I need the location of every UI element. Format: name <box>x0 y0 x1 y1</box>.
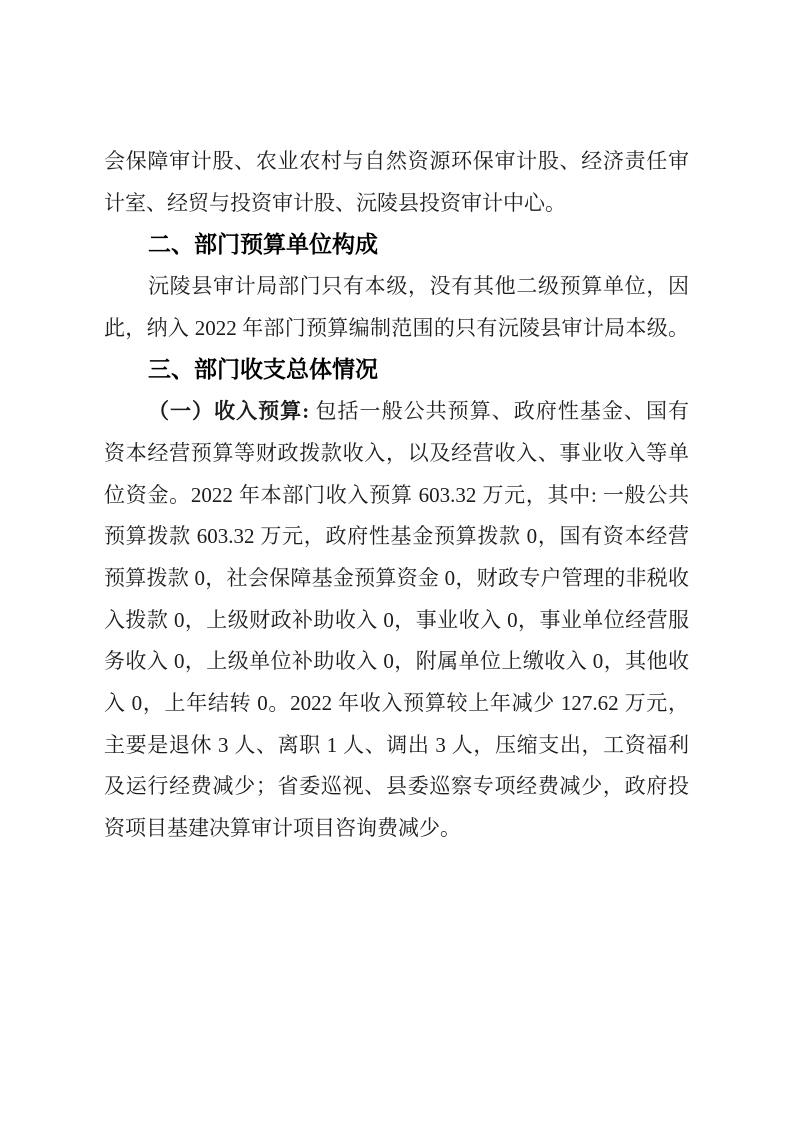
text-line: 预算拨款 0，社会保障基金预算资金 0，财政专户管理的非税收 <box>104 558 689 600</box>
text-line: 计室、经贸与投资审计股、沅陵县投资审计中心。 <box>104 183 689 225</box>
document-content: 会保障审计股、农业农村与自然资源环保审计股、经济责任审 计室、经贸与投资审计股、… <box>104 141 689 850</box>
text-line: （一）收入预算: 包括一般公共预算、政府性基金、国有 <box>104 391 689 433</box>
document-page: 会保障审计股、农业农村与自然资源环保审计股、经济责任审 计室、经贸与投资审计股、… <box>0 0 793 1122</box>
text-line: 入 0，上年结转 0。2022 年收入预算较上年减少 127.62 万元， <box>104 683 689 725</box>
section-heading-2: 二、部门预算单位构成 <box>104 224 689 266</box>
income-budget-inline-heading: （一）收入预算: <box>148 399 309 423</box>
text-line: 务收入 0，上级单位补助收入 0，附属单位上缴收入 0，其他收 <box>104 641 689 683</box>
text-line-rest: 包括一般公共预算、政府性基金、国有 <box>309 399 689 423</box>
text-line: 会保障审计股、农业农村与自然资源环保审计股、经济责任审 <box>104 141 689 183</box>
text-line: 沅陵县审计局部门只有本级，没有其他二级预算单位，因 <box>104 266 689 308</box>
text-line: 及运行经费减少；省委巡视、县委巡察专项经费减少，政府投 <box>104 766 689 808</box>
section-heading-3: 三、部门收支总体情况 <box>104 349 689 391</box>
text-line: 资本经营预算等财政拨款收入，以及经营收入、事业收入等单 <box>104 433 689 475</box>
text-line: 预算拨款 603.32 万元，政府性基金预算拨款 0，国有资本经营 <box>104 516 689 558</box>
text-line: 资项目基建决算审计项目咨询费减少。 <box>104 808 689 850</box>
text-line: 入拨款 0，上级财政补助收入 0，事业收入 0，事业单位经营服 <box>104 600 689 642</box>
text-line: 此，纳入 2022 年部门预算编制范围的只有沅陵县审计局本级。 <box>104 308 689 350</box>
text-line: 位资金。2022 年本部门收入预算 603.32 万元，其中: 一般公共 <box>104 475 689 517</box>
text-line: 主要是退休 3 人、离职 1 人、调出 3 人，压缩支出，工资福利 <box>104 725 689 767</box>
